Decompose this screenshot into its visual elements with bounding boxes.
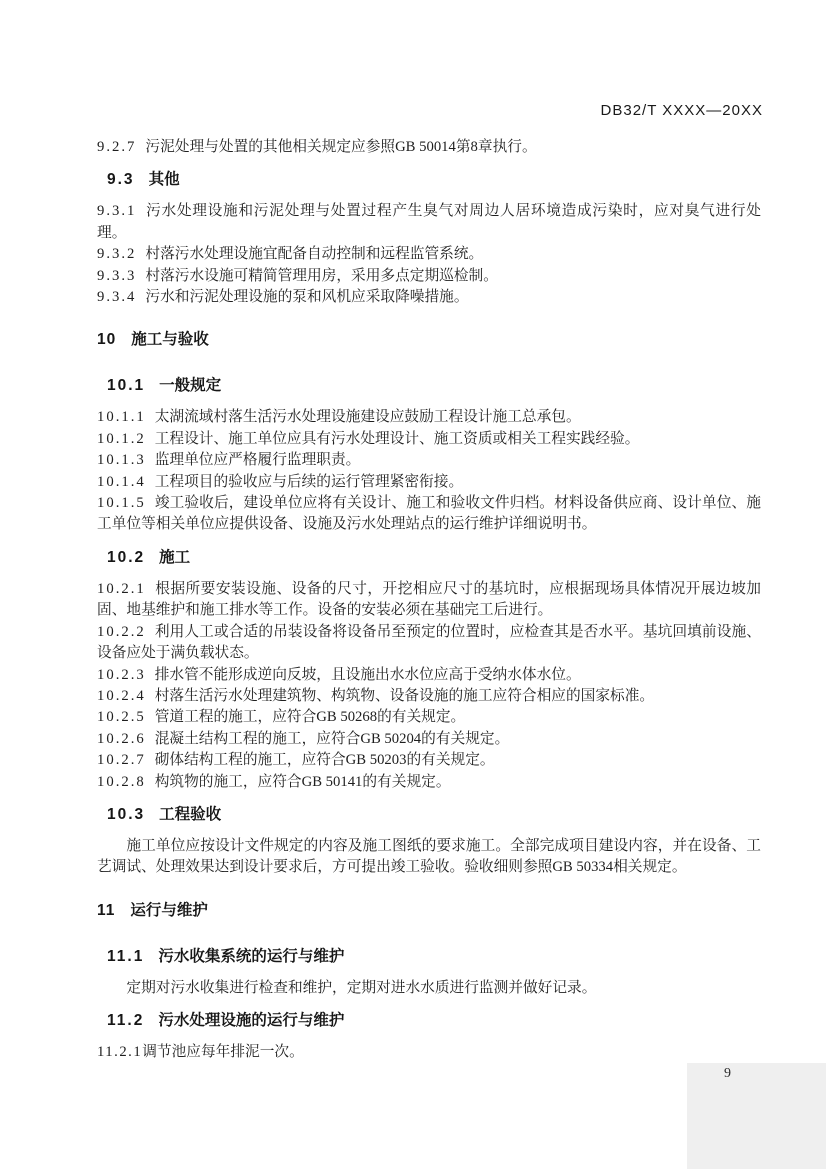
corner-shade (687, 1063, 826, 1169)
clause: 10.2.2利用人工或合适的吊装设备将设备吊至预定的位置时，应检查其是否水平。基… (97, 622, 761, 665)
clause-text: 污水处理设施和污泥处理与处置过程产生臭气对周边人居环境造成污染时，应对臭气进行处… (97, 203, 761, 240)
clause-number: 11.2.1 (97, 1044, 142, 1060)
clause-number: 10 (97, 331, 131, 348)
clause-text: 管道工程的施工，应符合GB 50268的有关规定。 (155, 709, 465, 725)
chapter-heading: 10施工与验收 (97, 329, 761, 351)
clause-text: 污水和污泥处理设施的泵和风机应采取降噪措施。 (145, 289, 468, 305)
section-heading: 11.2污水处理设施的运行与维护 (107, 1010, 761, 1032)
clause-text: 污水收集系统的运行与维护 (158, 948, 344, 965)
document-body: 9.2.7污泥处理与处置的其他相关规定应参照GB 50014第8章执行。9.3其… (97, 137, 761, 1064)
clause: 10.1.1太湖流域村落生活污水处理设施建设应鼓励工程设计施工总承包。 (97, 407, 761, 428)
section-heading: 10.3工程验收 (107, 804, 761, 826)
clause-text: 根据所要安装设施、设备的尺寸，开挖相应尺寸的基坑时，应根据现场具体情况开展边坡加… (97, 581, 761, 618)
clause-text: 一般规定 (159, 377, 221, 394)
clause: 10.2.3排水管不能形成逆向反坡，且设施出水水位应高于受纳水体水位。 (97, 665, 761, 686)
clause-text: 运行与维护 (130, 902, 208, 919)
clause-number: 10.2 (107, 549, 159, 566)
clause-number: 10.1.4 (97, 474, 155, 490)
clause-number: 10.3 (107, 806, 159, 823)
clause-text: 施工与验收 (131, 331, 209, 348)
clause: 10.2.1根据所要安装设施、设备的尺寸，开挖相应尺寸的基坑时，应根据现场具体情… (97, 579, 761, 622)
document-page: DB32/T XXXX—20XX 9.2.7污泥处理与处置的其他相关规定应参照G… (0, 0, 826, 1169)
section-heading: 10.1一般规定 (107, 375, 761, 397)
clause-number: 9.3.4 (97, 289, 145, 305)
clause-number: 10.1 (107, 377, 159, 394)
clause-text: 太湖流域村落生活污水处理设施建设应鼓励工程设计施工总承包。 (155, 409, 581, 425)
clause-text: 砌体结构工程的施工，应符合GB 50203的有关规定。 (155, 752, 495, 768)
clause-text: 竣工验收后，建设单位应将有关设计、施工和验收文件归档。材料设备供应商、设计单位、… (97, 495, 761, 532)
clause-text: 混凝土结构工程的施工，应符合GB 50204的有关规定。 (155, 731, 510, 747)
clause-number: 10.1.3 (97, 452, 155, 468)
clause-text: 污泥处理与处置的其他相关规定应参照GB 50014第8章执行。 (145, 139, 536, 155)
clause-text: 排水管不能形成逆向反坡，且设施出水水位应高于受纳水体水位。 (155, 667, 581, 683)
clause-number: 9.3.1 (97, 203, 145, 219)
clause: 10.1.2工程设计、施工单位应具有污水处理设计、施工资质或相关工程实践经验。 (97, 429, 761, 450)
clause-number: 11.2 (107, 1012, 158, 1029)
clause: 9.3.3村落污水设施可精简管理用房，采用多点定期巡检制。 (97, 266, 761, 287)
clause-number: 9.3 (107, 171, 149, 188)
clause-text: 调节池应每年排泥一次。 (142, 1044, 304, 1060)
clause-text: 构筑物的施工，应符合GB 50141的有关规定。 (155, 774, 451, 790)
clause-number: 11.1 (107, 948, 158, 965)
clause-text: 村落污水设施可精简管理用房，采用多点定期巡检制。 (145, 268, 498, 284)
page-number: 9 (724, 1066, 731, 1082)
clause-number: 10.1.1 (97, 409, 155, 425)
clause: 10.2.4村落生活污水处理建筑物、构筑物、设备设施的施工应符合相应的国家标准。 (97, 686, 761, 707)
section-heading: 9.3其他 (107, 169, 761, 191)
clause-number: 11 (97, 902, 130, 919)
clause: 11.2.1调节池应每年排泥一次。 (97, 1042, 761, 1063)
clause-number: 10.1.5 (97, 495, 155, 511)
clause-text: 村落生活污水处理建筑物、构筑物、设备设施的施工应符合相应的国家标准。 (155, 688, 654, 704)
clause: 9.3.1污水处理设施和污泥处理与处置过程产生臭气对周边人居环境造成污染时，应对… (97, 201, 761, 244)
clause-number: 10.2.1 (97, 581, 155, 597)
clause-text: 定期对污水收集进行检查和维护，定期对进水水质进行监测并做好记录。 (126, 980, 596, 996)
chapter-heading: 11运行与维护 (97, 900, 761, 922)
clause-text: 工程项目的验收应与后续的运行管理紧密衔接。 (155, 474, 463, 490)
clause-text: 村落污水处理设施宜配备自动控制和远程监管系统。 (145, 246, 483, 262)
clause-number: 10.2.2 (97, 624, 155, 640)
clause: 10.2.7砌体结构工程的施工，应符合GB 50203的有关规定。 (97, 750, 761, 771)
section-heading: 10.2施工 (107, 547, 761, 569)
clause-text: 施工 (159, 549, 190, 566)
clause-text: 工程验收 (159, 806, 221, 823)
clause: 10.2.8构筑物的施工，应符合GB 50141的有关规定。 (97, 772, 761, 793)
clause: 施工单位应按设计文件规定的内容及施工图纸的要求施工。全部完成项目建设内容，并在设… (97, 836, 761, 879)
clause-number: 10.2.5 (97, 709, 155, 725)
clause: 9.2.7污泥处理与处置的其他相关规定应参照GB 50014第8章执行。 (97, 137, 761, 158)
clause-number: 10.2.3 (97, 667, 155, 683)
clause: 10.1.3监理单位应严格履行监理职责。 (97, 450, 761, 471)
clause-text: 污水处理设施的运行与维护 (158, 1012, 344, 1029)
clause-number: 10.2.4 (97, 688, 155, 704)
clause-text: 其他 (149, 171, 180, 188)
clause-text: 工程设计、施工单位应具有污水处理设计、施工资质或相关工程实践经验。 (155, 431, 640, 447)
clause: 10.1.5竣工验收后，建设单位应将有关设计、施工和验收文件归档。材料设备供应商… (97, 493, 761, 536)
clause-text: 施工单位应按设计文件规定的内容及施工图纸的要求施工。全部完成项目建设内容，并在设… (97, 838, 761, 875)
clause: 10.2.5管道工程的施工，应符合GB 50268的有关规定。 (97, 707, 761, 728)
clause-number: 10.2.8 (97, 774, 155, 790)
clause-number: 10.2.7 (97, 752, 155, 768)
clause: 10.2.6混凝土结构工程的施工，应符合GB 50204的有关规定。 (97, 729, 761, 750)
clause-text: 利用人工或合适的吊装设备将设备吊至预定的位置时，应检查其是否水平。基坑回填前设施… (97, 624, 761, 661)
clause-number: 9.2.7 (97, 139, 145, 155)
clause: 9.3.2村落污水处理设施宜配备自动控制和远程监管系统。 (97, 244, 761, 265)
standard-number-header: DB32/T XXXX—20XX (601, 102, 763, 119)
clause: 10.1.4工程项目的验收应与后续的运行管理紧密衔接。 (97, 472, 761, 493)
clause: 定期对污水收集进行检查和维护，定期对进水水质进行监测并做好记录。 (97, 978, 761, 999)
clause-number: 9.3.3 (97, 268, 145, 284)
clause-number: 10.1.2 (97, 431, 155, 447)
clause-number: 10.2.6 (97, 731, 155, 747)
clause-number: 9.3.2 (97, 246, 145, 262)
clause: 9.3.4污水和污泥处理设施的泵和风机应采取降噪措施。 (97, 287, 761, 308)
clause-text: 监理单位应严格履行监理职责。 (155, 452, 361, 468)
section-heading: 11.1污水收集系统的运行与维护 (107, 946, 761, 968)
